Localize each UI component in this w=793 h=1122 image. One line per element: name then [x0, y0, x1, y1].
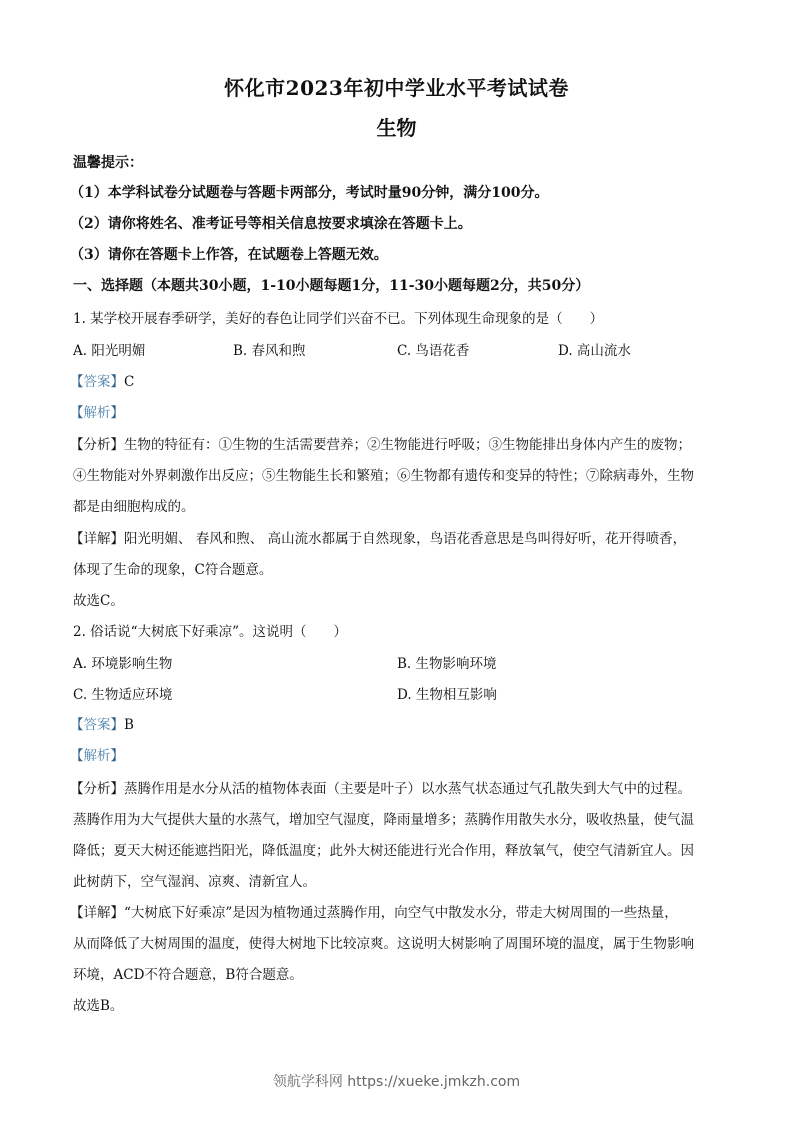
tag-bracket-open: 【 [70, 405, 84, 421]
question-2-detail-line-2: 从而降低了大树周围的温度，使得大树地下比较凉爽。这说明大树影响了周围环境的温度，… [73, 932, 694, 952]
question-2-option-c: C. 生物适应环境 [73, 683, 172, 703]
question-2-option-b: B. 生物影响环境 [397, 652, 497, 672]
analysis-tag: 分析 [84, 781, 111, 797]
tag-bracket-close: 】 [111, 531, 125, 547]
tag-bracket-open: 【 [70, 531, 84, 547]
question-2-answer: 【答案】B [70, 713, 134, 733]
question-1-detail-line-1: 【详解】阳光明媚、 春风和煦、 高山流水都属于自然现象，鸟语花香意思是鸟叫得好听… [70, 527, 686, 547]
tag-bracket-open: 【 [70, 781, 84, 797]
tag-bracket-close: 】 [111, 717, 125, 733]
tag-bracket-open: 【 [70, 905, 84, 921]
question-1-analysis-line-2: ④生物能对外界刺激作出反应；⑤生物能生长和繁殖；⑥生物都有遗传和变异的特性；⑦除… [73, 464, 694, 484]
question-1-stem: 1. 某学校开展春季研学，美好的春色让同学们兴奋不已。下列体现生命现象的是（ ） [73, 307, 603, 327]
detail-tag: 详解 [84, 905, 111, 921]
tag-bracket-close: 】 [111, 748, 125, 764]
analysis-text: 蒸腾作用是水分从活的植物体表面（主要是叶子）以水蒸气状态通过气孔散失到大气中的过… [124, 781, 691, 797]
section-heading: 一、选择题（本题共30小题，1-10小题每题1分，11-30小题每题2分，共50… [73, 275, 589, 295]
tag-bracket-close: 】 [111, 905, 125, 921]
tag-bracket-open: 【 [70, 374, 84, 390]
notice-heading: 温馨提示： [73, 152, 143, 172]
tag-bracket-close: 】 [111, 374, 125, 390]
analysis-header-tag: 解析 [84, 405, 111, 421]
analysis-header-tag: 解析 [84, 748, 111, 764]
tag-bracket-close: 】 [111, 405, 125, 421]
detail-tag: 详解 [84, 531, 111, 547]
footer-watermark: 领航学科网 https://xueke.jmkzh.com [0, 1071, 793, 1091]
answer-tag: 答案 [84, 374, 111, 390]
question-1-detail-line-2: 体现了生命的现象，C符合题意。 [73, 558, 272, 578]
question-2-conclusion: 故选B。 [73, 994, 123, 1014]
tag-bracket-open: 【 [70, 437, 84, 453]
tag-bracket-open: 【 [70, 717, 84, 733]
question-1-analysis-line-3: 都是由细胞构成的。 [73, 495, 195, 515]
tag-bracket-close: 】 [111, 781, 125, 797]
analysis-text: 生物的特征有：①生物的生活需要营养；②生物能进行呼吸；③生物能排出身体内产生的废… [124, 437, 691, 453]
question-1-option-a: A. 阳光明媚 [73, 339, 145, 359]
answer-value: B [124, 717, 134, 733]
question-1-option-b: B. 春风和煦 [233, 339, 306, 359]
notice-item-1: （1）本学科试卷分试题卷与答题卡两部分，考试时量90分钟，满分100分。 [70, 182, 548, 202]
tag-bracket-open: 【 [70, 748, 84, 764]
question-2-analysis-line-2: 蒸腾作用为大气提供大量的水蒸气，增加空气湿度，降雨量增多；蒸腾作用散失水分，吸收… [73, 808, 694, 828]
answer-tag: 答案 [84, 717, 111, 733]
detail-text: 阳光明媚、 春风和煦、 高山流水都属于自然现象，鸟语花香意思是鸟叫得好听，花开得… [124, 531, 686, 547]
question-1-answer: 【答案】C [70, 370, 134, 390]
document-subject: 生物 [0, 112, 793, 141]
analysis-tag: 分析 [84, 437, 111, 453]
question-2-option-a: A. 环境影响生物 [73, 652, 172, 672]
question-2-option-d: D. 生物相互影响 [397, 683, 497, 703]
question-2-analysis-line-3: 降低；夏天大树还能遮挡阳光，降低温度；此外大树还能进行光合作用，释放氧气，使空气… [73, 839, 694, 859]
question-2-detail-line-1: 【详解】“大树底下好乘凉”是因为植物通过蒸腾作用，向空气中散发水分，带走大树周围… [70, 901, 678, 921]
notice-item-3: （3）请你在答题卡上作答，在试题卷上答题无效。 [70, 244, 388, 264]
question-2-analysis-header: 【解析】 [70, 744, 124, 764]
document-title: 怀化市2023年初中学业水平考试试卷 [0, 72, 793, 101]
question-1-conclusion: 故选C。 [73, 589, 124, 609]
question-2-stem: 2. 俗话说“大树底下好乘凉”。这说明（ ） [73, 620, 347, 640]
detail-text: “大树底下好乘凉”是因为植物通过蒸腾作用，向空气中散发水分，带走大树周围的一些热… [124, 905, 678, 921]
question-1-option-c: C. 鸟语花香 [397, 339, 469, 359]
question-1-analysis-line-1: 【分析】生物的特征有：①生物的生活需要营养；②生物能进行呼吸；③生物能排出身体内… [70, 433, 691, 453]
question-2-analysis-line-1: 【分析】蒸腾作用是水分从活的植物体表面（主要是叶子）以水蒸气状态通过气孔散失到大… [70, 777, 691, 797]
question-1-option-d: D. 高山流水 [558, 339, 631, 359]
question-2-analysis-line-4: 此树荫下，空气湿润、凉爽、清新宜人。 [73, 870, 316, 890]
exam-page: 怀化市2023年初中学业水平考试试卷 生物 温馨提示： （1）本学科试卷分试题卷… [0, 0, 793, 1122]
tag-bracket-close: 】 [111, 437, 125, 453]
question-2-detail-line-3: 环境，ACD不符合题意，B符合题意。 [73, 963, 303, 983]
answer-value: C [124, 374, 134, 390]
question-1-analysis-header: 【解析】 [70, 401, 124, 421]
notice-item-2: （2）请你将姓名、准考证号等相关信息按要求填涂在答题卡上。 [70, 213, 472, 233]
